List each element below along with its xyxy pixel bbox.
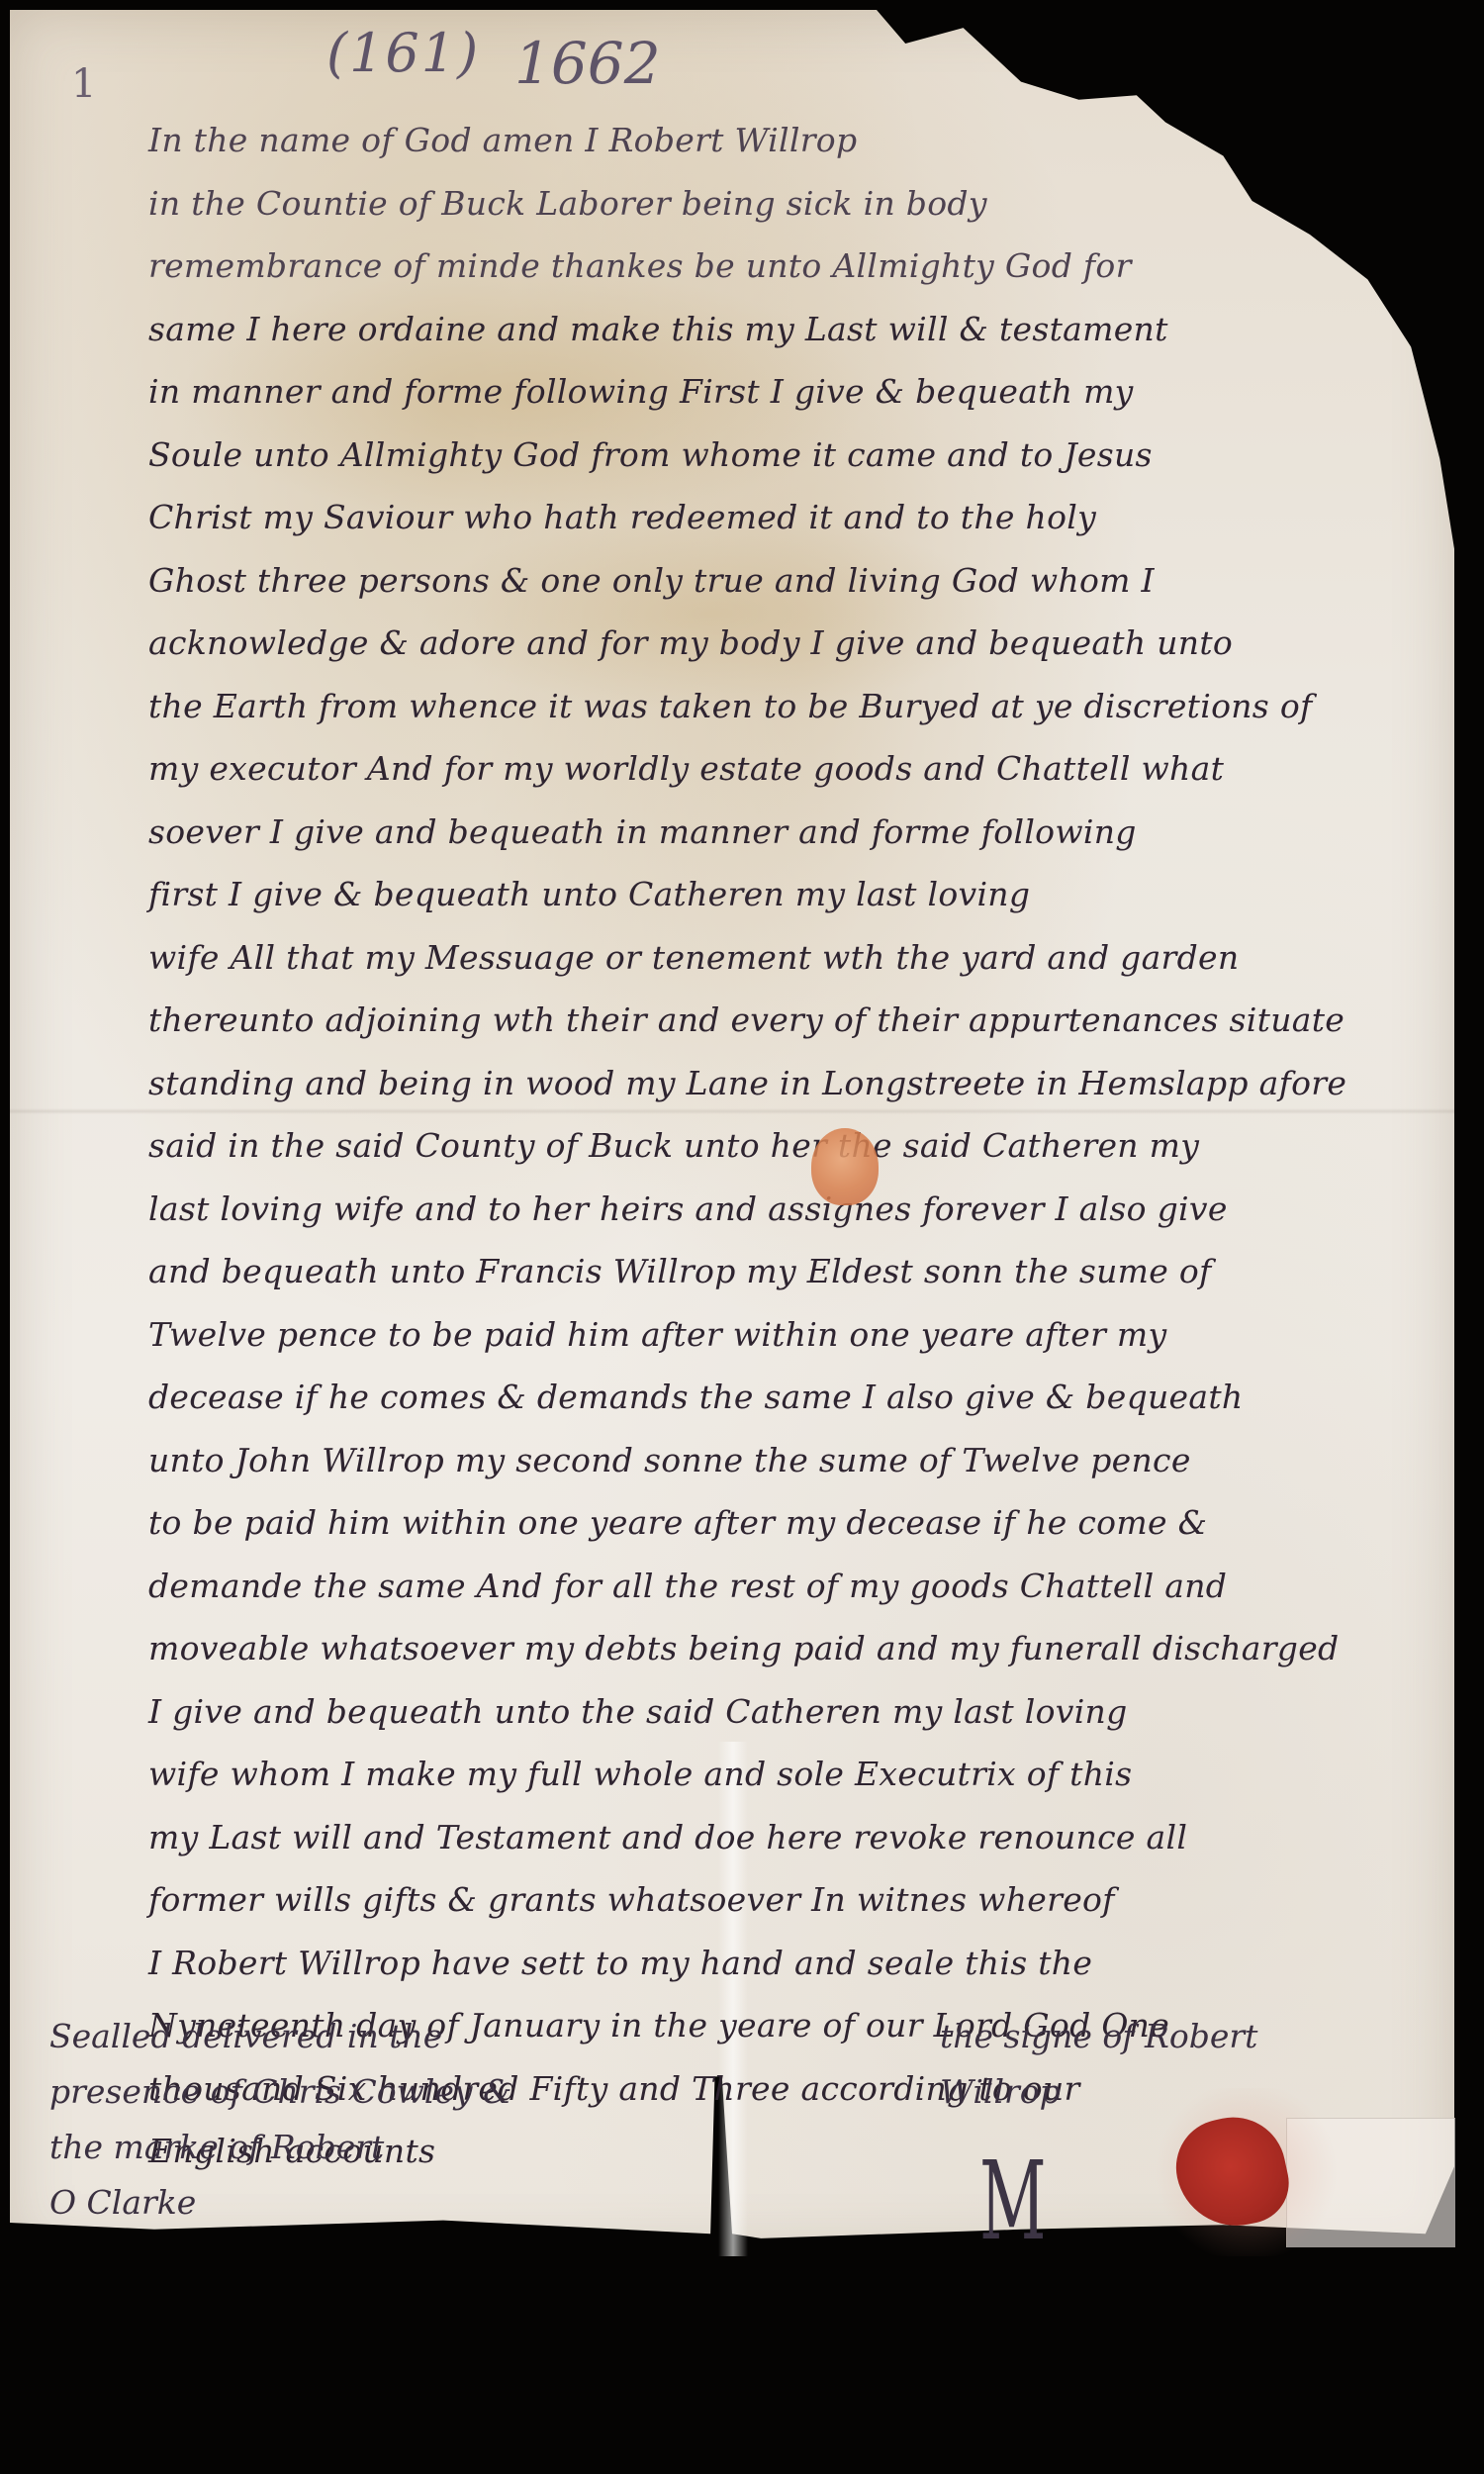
text-line: Christ my Saviour who hath redeemed it a… (148, 486, 1444, 549)
text-line: the Earth from whence it was taken to be… (148, 675, 1444, 738)
text-line: said in the said County of Buck unto her… (148, 1114, 1444, 1178)
text-line: and bequeath unto Francis Willrop my Eld… (148, 1240, 1444, 1303)
small-wax-seal (811, 1128, 879, 1205)
text-line: same I here ordaine and make this my Las… (148, 298, 1444, 361)
text-line: Ghost three persons & one only true and … (148, 549, 1444, 613)
text-line: remembrance of minde thankes be unto All… (148, 235, 1444, 298)
text-line: my executor And for my worldly estate go… (148, 737, 1444, 801)
text-line: last loving wife and to her heirs and as… (148, 1178, 1444, 1241)
text-line: first I give & bequeath unto Catheren my… (148, 863, 1444, 926)
text-line: in manner and forme following First I gi… (148, 360, 1444, 424)
archive-number: (161) (326, 22, 480, 84)
testator-mark: M (979, 2138, 1047, 2264)
text-line: decease if he comes & demands the same I… (148, 1366, 1444, 1429)
text-line: demande the same And for all the rest of… (148, 1555, 1444, 1618)
text-line: unto John Willrop my second sonne the su… (148, 1429, 1444, 1492)
text-line: I Robert Willrop have sett to my hand an… (148, 1932, 1444, 1995)
text-line: Twelve pence to be paid him after within… (148, 1303, 1444, 1367)
text-line: Soule unto Allmighty God from whome it c… (148, 424, 1444, 487)
text-line: I give and bequeath unto the said Cather… (148, 1680, 1444, 1744)
text-line: In the name of God amen I Robert Willrop (148, 109, 1444, 172)
text-line: wife whom I make my full whole and sole … (148, 1743, 1444, 1806)
witness-attestation: Sealled delivered in the presence of Chr… (49, 2009, 683, 2231)
text-line: soever I give and bequeath in manner and… (148, 801, 1444, 864)
witness-line: O Clarke (49, 2175, 683, 2231)
text-line: my Last will and Testament and doe here … (148, 1806, 1444, 1869)
signature-line: the signe of Robert (940, 2009, 1415, 2064)
text-line: thereunto adjoining wth their and every … (148, 989, 1444, 1052)
text-line: acknowledge & adore and for my body I gi… (148, 612, 1444, 675)
text-line: former wills gifts & grants whatsoever I… (148, 1868, 1444, 1932)
will-body-text: In the name of God amen I Robert Willrop… (148, 109, 1444, 2183)
text-line: wife All that my Messuage or tenement wt… (148, 926, 1444, 990)
text-line: standing and being in wood my Lane in Lo… (148, 1052, 1444, 1115)
witness-line: presence of Chris Cowley & (49, 2064, 683, 2120)
archive-year: 1662 (514, 30, 661, 97)
text-line: to be paid him within one yeare after my… (148, 1491, 1444, 1555)
page-mark: 1 (71, 61, 96, 107)
witness-line: Sealled delivered in the (49, 2009, 683, 2064)
text-line: moveable whatsoever my debts being paid … (148, 1617, 1444, 1680)
witness-line: the marke of Robert (49, 2120, 683, 2175)
text-line: in the Countie of Buck Laborer being sic… (148, 172, 1444, 236)
